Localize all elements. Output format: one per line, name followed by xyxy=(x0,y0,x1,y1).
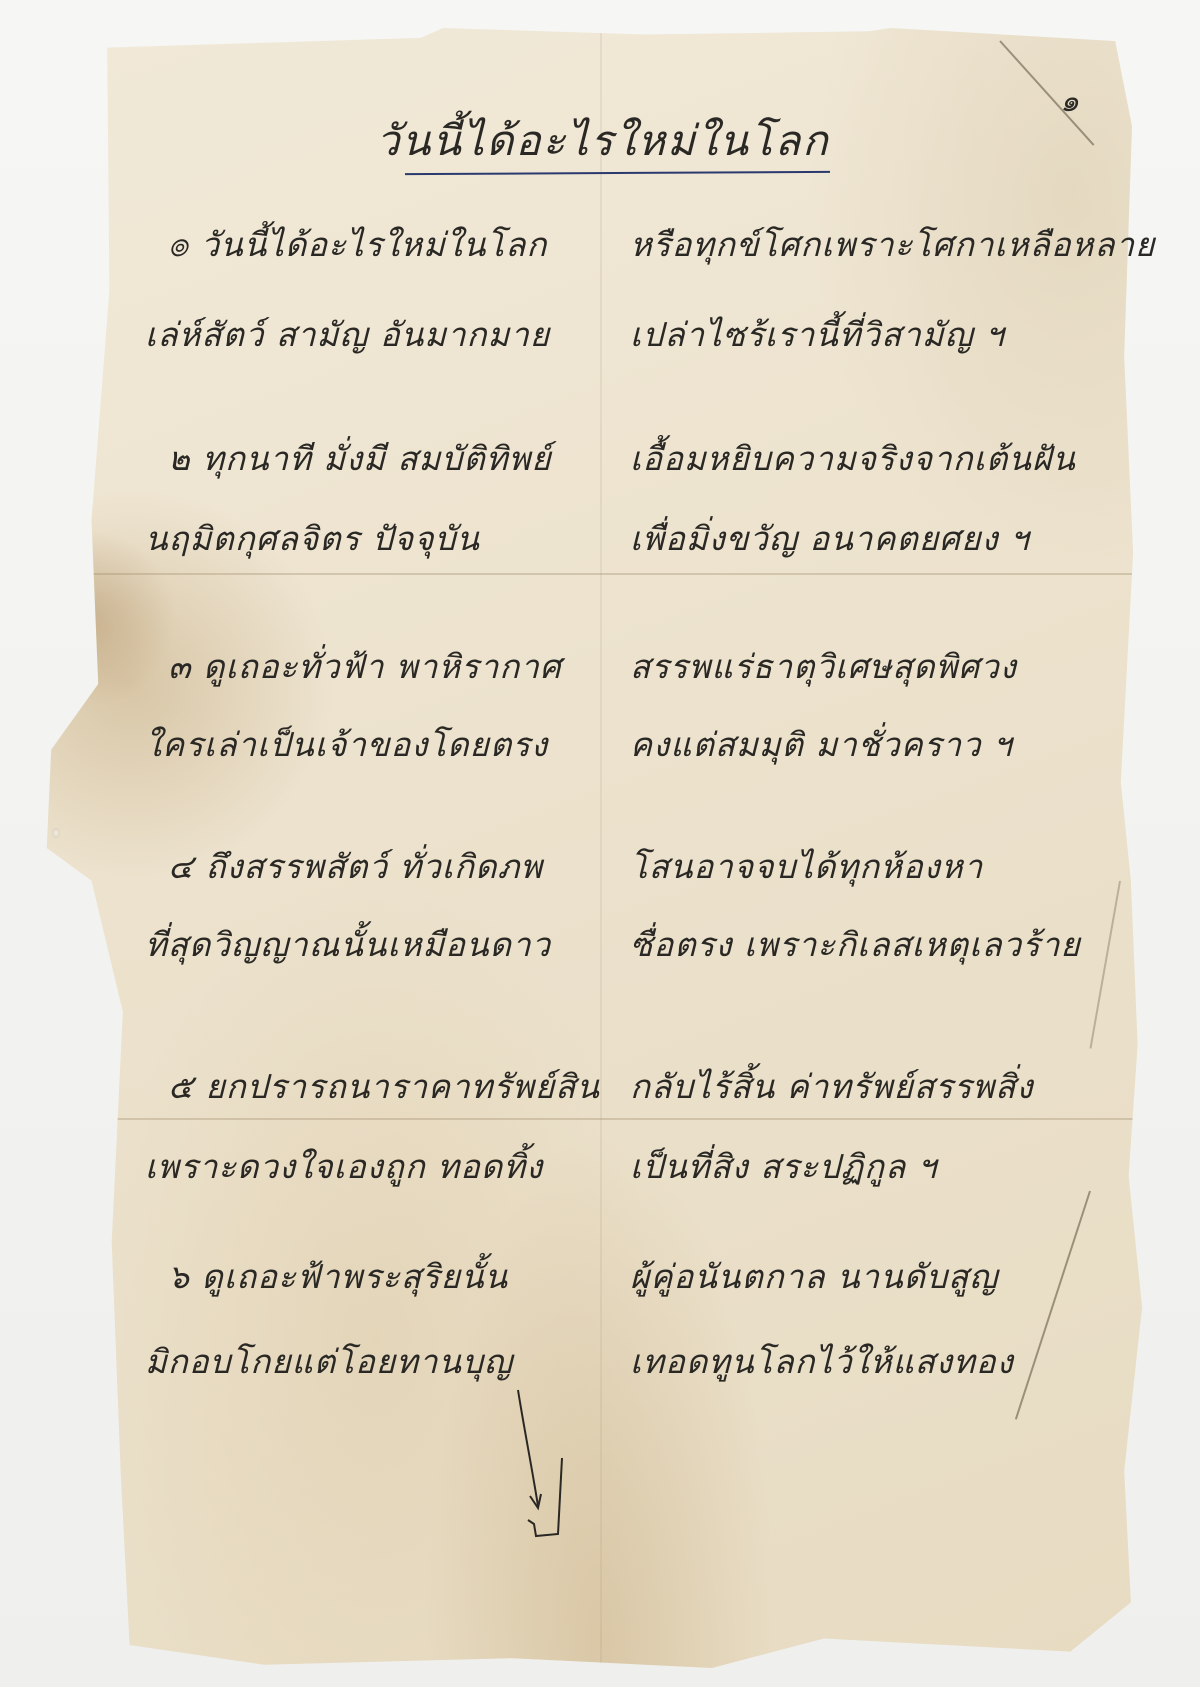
poem-title: วันนี้ได้อะไรใหม่ในโลก xyxy=(376,108,830,174)
stanza-3-line-1-right: สรรพแร่ธาตุวิเศษสุดพิศวง xyxy=(630,640,1017,693)
stanza-1-line-1-right: หรือทุกข์โศกเพราะโศกาเหลือหลาย xyxy=(630,218,1155,271)
stanza-6-line-1-right: ผู้คู่อนันตกาล นานดับสูญ xyxy=(630,1250,998,1303)
stanza-5-line-2-left: เพราะดวงใจเองถูก ทอดทิ้ง xyxy=(145,1140,543,1193)
photo-background: ๑ วันนี้ได้อะไรใหม่ในโลก ๏ วันนี้ได้อะไร… xyxy=(0,0,1200,1687)
stanza-4-line-1-left: ๔ ถึงสรรพสัตว์ ทั่วเกิดภพ xyxy=(168,840,543,893)
stanza-4-line-1-right: โสนอาจจบได้ทุกห้องหา xyxy=(630,840,983,893)
stanza-6-line-1-left: ๖ ดูเถอะฟ้าพระสุริยนั้น xyxy=(168,1250,508,1303)
page-number: ๑ xyxy=(1060,78,1079,125)
stanza-2-line-2-right: เพื่อมิ่งขวัญ อนาคตยศยง ฯ xyxy=(630,512,1030,565)
stanza-3-line-2-left: ใครเล่าเป็นเจ้าของโดยตรง xyxy=(145,718,548,771)
paper-hole xyxy=(70,563,86,585)
stanza-2-line-1-left: ๒ ทุกนาที มั่งมี สมบัติทิพย์ xyxy=(168,432,552,485)
stanza-5-line-1-right: กลับไร้สิ้น ค่าทรัพย์สรรพสิ่ง xyxy=(630,1060,1033,1113)
stanza-3-line-2-right: คงแต่สมมุติ มาชั่วคราว ฯ xyxy=(630,718,1013,771)
stanza-1-line-2-left: เล่ห์สัตว์ สามัญ อันมากมาย xyxy=(145,308,550,361)
stanza-4-line-2-right: ซื่อตรง เพราะกิเลสเหตุเลวร้าย xyxy=(630,918,1081,971)
paper-hole xyxy=(52,828,60,838)
vertical-crease xyxy=(600,28,602,1668)
stanza-1-line-2-right: เปล่าไซร้เรานี้ที่วิสามัญ ฯ xyxy=(630,308,1005,361)
stanza-2-line-1-right: เอื้อมหยิบความจริงจากเต้นฝัน xyxy=(630,432,1076,485)
stanza-1-line-1-left: ๏ วันนี้ได้อะไรใหม่ในโลก xyxy=(168,218,547,271)
stanza-6-line-2-left: มิกอบโกยแต่โอยทานบุญ xyxy=(145,1335,513,1388)
stanza-4-line-2-left: ที่สุดวิญญาณนั้นเหมือนดาว xyxy=(145,918,551,971)
stanza-5-line-1-left: ๕ ยกปรารถนาราคาทรัพย์สิน xyxy=(168,1060,600,1113)
arrow-down-turn-icon xyxy=(510,1388,570,1538)
stanza-5-line-2-right: เป็นที่สิง สระปฏิกูล ฯ xyxy=(630,1140,937,1193)
stanza-3-line-1-left: ๓ ดูเถอะทั่วฟ้า พาหิรากาศ xyxy=(168,640,562,693)
stanza-6-line-2-right: เทอดทูนโลกไว้ให้แสงทอง xyxy=(630,1335,1014,1388)
stanza-2-line-2-left: นฤมิตกุศลจิตร ปัจจุบัน xyxy=(145,512,480,565)
